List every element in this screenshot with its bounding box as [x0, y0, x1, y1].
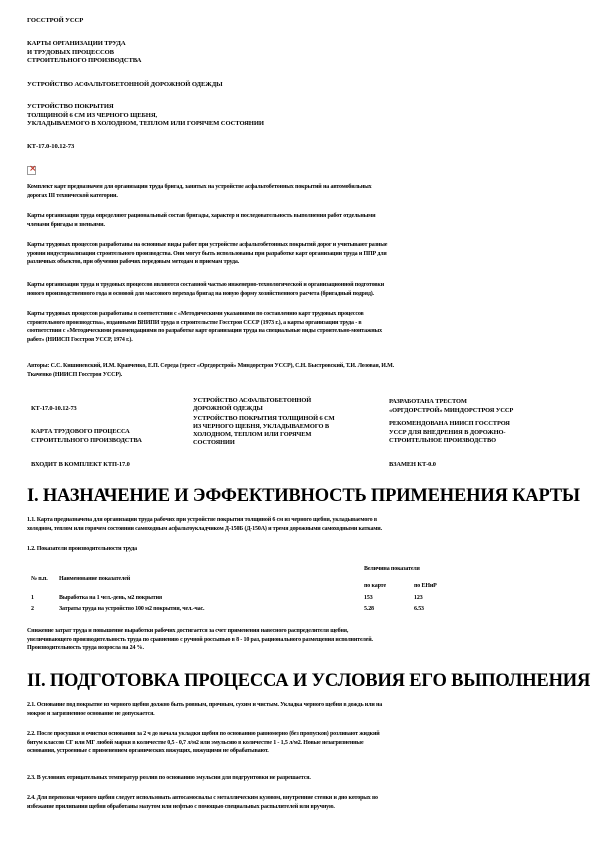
paragraph-2-1: 2.1. Основание под покрытие из черного щ… — [27, 701, 572, 718]
row-by-card: 153 — [364, 594, 373, 602]
text-line: различных объектов, при обучении рабочих… — [27, 258, 572, 267]
text-line: уровни индустриализации строительного пр… — [27, 250, 572, 259]
text-line: УССР ДЛЯ ВНЕДРЕНИЯ В ДОРОЖНО- — [389, 429, 510, 438]
text-line: дорогах III технической категории. — [27, 192, 572, 201]
text-line: избежание прилипания щебня обработаны ма… — [27, 803, 572, 812]
document-code: КТ-17.0-10.12-73 — [27, 143, 74, 152]
text-line: ДОРОЖНОЙ ОДЕЖДЫ — [193, 405, 311, 413]
text-line: 1.1. Карта предназначена для организации… — [27, 516, 572, 525]
table-header-by-norms: по ЕНиР — [414, 582, 437, 590]
info-subject: УСТРОЙСТВО АСФАЛЬТОБЕТОННОЙ ДОРОЖНОЙ ОДЕ… — [193, 397, 311, 413]
text-line: мокрое и загрязненное основание не допус… — [27, 710, 572, 719]
row-name: Затраты труда на устройство 100 м2 покры… — [59, 605, 204, 613]
text-line: КАРТА ТРУДОВОГО ПРОЦЕССА — [31, 428, 142, 437]
info-title: УСТРОЙСТВО ПОКРЫТИЯ ТОЛЩИНОЙ 6 см ИЗ ЧЕР… — [193, 415, 335, 447]
document-title: УСТРОЙСТВО ПОКРЫТИЯ ТОЛЩИНОЙ 6 см ИЗ ЧЕР… — [27, 103, 264, 129]
text-line: СТРОИТЕЛЬНОГО ПРОИЗВОДСТВА — [31, 437, 142, 446]
text-line: 2.4. Для перевозки черного щебня следует… — [27, 794, 572, 803]
text-line: строительного производства», изданными В… — [27, 319, 572, 328]
text-line: работ» (НИИСП Госстроя УССР, 1974 г.). — [27, 336, 572, 345]
text-line: РАЗРАБОТАНА ТРЕСТОМ — [389, 398, 513, 407]
info-recommended-by: РЕКОМЕНДОВАНА НИИСП ГОССТРОЯ УССР ДЛЯ ВН… — [389, 420, 510, 446]
text-line: Карты трудовых процессов разработаны в с… — [27, 310, 572, 319]
info-developed-by: РАЗРАБОТАНА ТРЕСТОМ «ОРГДОРСТРОЙ» МИНДОР… — [389, 398, 513, 415]
text-line: битум классов СГ или МГ любой марки в ко… — [27, 739, 572, 748]
subject-heading: УСТРОЙСТВО АСФАЛЬТОБЕТОННОЙ ДОРОЖНОЙ ОДЕ… — [27, 81, 223, 90]
text-line: «ОРГДОРСТРОЙ» МИНДОРСТРОЯ УССР — [389, 407, 513, 416]
text-line: увеличивающего производительность труда … — [27, 636, 572, 645]
text-line: 2.2. После просушки и очистки основания … — [27, 730, 572, 739]
row-num: 2 — [31, 605, 34, 613]
table-header-by-card: по карте — [364, 582, 386, 590]
broken-image-icon — [27, 166, 36, 175]
paragraph-1-2: 1.2. Показатели производительности труда — [27, 545, 137, 554]
intro-paragraph: Карты трудовых процессов разработаны в с… — [27, 310, 572, 344]
row-num: 1 — [31, 594, 34, 602]
info-replaces: ВЗАМЕН КТ-0.0 — [389, 461, 436, 470]
text-line: Карты трудовых процессов разработаны на … — [27, 241, 572, 250]
info-included-in: ВХОДИТ в КОМПЛЕКТ КТП-17.0 — [31, 461, 130, 470]
paragraph-1-1: 1.1. Карта предназначена для организации… — [27, 516, 572, 533]
row-by-card: 5.28 — [364, 605, 374, 613]
series-title-line: СТРОИТЕЛЬНОГО ПРОИЗВОДСТВА — [27, 57, 141, 66]
row-name: Выработка на 1 чел.-день, м2 покрытия — [59, 594, 162, 602]
text-line: Ткаченко (НИИСП Госстроя УССР). — [27, 371, 572, 380]
row-by-norms: 6.53 — [414, 605, 424, 613]
text-line: 2.1. Основание под покрытие из черного щ… — [27, 701, 572, 710]
document-title-line: ТОЛЩИНОЙ 6 см ИЗ ЧЕРНОГО ЩЕБНЯ, — [27, 112, 264, 121]
document-title-line: УСТРОЙСТВО ПОКРЫТИЯ — [27, 103, 264, 112]
series-title-line: И ТРУДОВЫХ ПРОЦЕССОВ — [27, 49, 141, 58]
text-line: СОСТОЯНИИ — [193, 439, 335, 447]
text-line: Карты организации труда и трудовых проце… — [27, 281, 572, 290]
org-name: ГОССТРОЙ УССР — [27, 17, 83, 26]
text-line: РЕКОМЕНДОВАНА НИИСП ГОССТРОЯ — [389, 420, 510, 429]
info-code: КТ-17.0-10.12-73 — [31, 405, 77, 414]
summary-paragraph: Снижение затрат труда и повышение вырабо… — [27, 627, 572, 653]
table-header-name: Наименование показателей — [59, 575, 130, 583]
section-2-heading: II. ПОДГОТОВКА ПРОЦЕССА И УСЛОВИЯ ЕГО ВЫ… — [27, 670, 590, 692]
text-line: холодном, теплом или горячем состоянии с… — [27, 525, 572, 534]
intro-paragraph: Карты организации труда и трудовых проце… — [27, 281, 572, 298]
text-line: ИЗ ЧЕРНОГО ЩЕБНЯ, УКЛАДЫВАЕМОГО В — [193, 423, 335, 431]
series-title: КАРТЫ ОРГАНИЗАЦИИ ТРУДА И ТРУДОВЫХ ПРОЦЕ… — [27, 40, 141, 66]
text-line: нового производственного года и основой … — [27, 290, 572, 299]
document-title-line: УКЛАДЫВАЕМОГО В ХОЛОДНОМ, ТЕПЛОМ ИЛИ ГОР… — [27, 120, 264, 129]
text-line: СТРОИТЕЛЬНОЕ ПРОИЗВОДСТВО — [389, 437, 510, 446]
info-card-type: КАРТА ТРУДОВОГО ПРОЦЕССА СТРОИТЕЛЬНОГО П… — [31, 428, 142, 445]
text-line: основания, устроенные с применением орга… — [27, 747, 572, 756]
row-by-norms: 123 — [414, 594, 423, 602]
text-line: Комплект карт предназначен для организац… — [27, 183, 572, 192]
series-title-line: КАРТЫ ОРГАНИЗАЦИИ ТРУДА — [27, 40, 141, 49]
text-line: членами бригады и звеньями. — [27, 221, 572, 230]
intro-paragraph: Карты организации труда определяют рацио… — [27, 212, 572, 229]
text-line: Снижение затрат труда и повышение вырабо… — [27, 627, 572, 636]
text-line: соответствии с «Методическими рекомендац… — [27, 327, 572, 336]
table-header-num: № п.п. — [31, 575, 48, 583]
text-line: Производительность труда возросла на 24 … — [27, 644, 572, 653]
paragraph-2-2: 2.2. После просушки и очистки основания … — [27, 730, 572, 756]
section-1-heading: I. НАЗНАЧЕНИЕ И ЭФФЕКТИВНОСТЬ ПРИМЕНЕНИЯ… — [27, 485, 580, 507]
intro-paragraph: Карты трудовых процессов разработаны на … — [27, 241, 572, 267]
paragraph-2-4: 2.4. Для перевозки черного щебня следует… — [27, 794, 572, 811]
paragraph-2-3: 2.3. В условиях отрицательных температур… — [27, 774, 572, 783]
text-line: УСТРОЙСТВО АСФАЛЬТОБЕТОННОЙ — [193, 397, 311, 405]
text-line: УСТРОЙСТВО ПОКРЫТИЯ ТОЛЩИНОЙ 6 см — [193, 415, 335, 423]
table-header-group: Величина показателя — [364, 565, 420, 573]
text-line: Карты организации труда определяют рацио… — [27, 212, 572, 221]
text-line: Авторы: С.С. Кишиневский, И.М. Кравченко… — [27, 362, 572, 371]
authors-paragraph: Авторы: С.С. Кишиневский, И.М. Кравченко… — [27, 362, 572, 379]
text-line: ХОЛОДНОМ, ТЕПЛОМ ИЛИ ГОРЯЧЕМ — [193, 431, 335, 439]
intro-paragraph: Комплект карт предназначен для организац… — [27, 183, 572, 200]
